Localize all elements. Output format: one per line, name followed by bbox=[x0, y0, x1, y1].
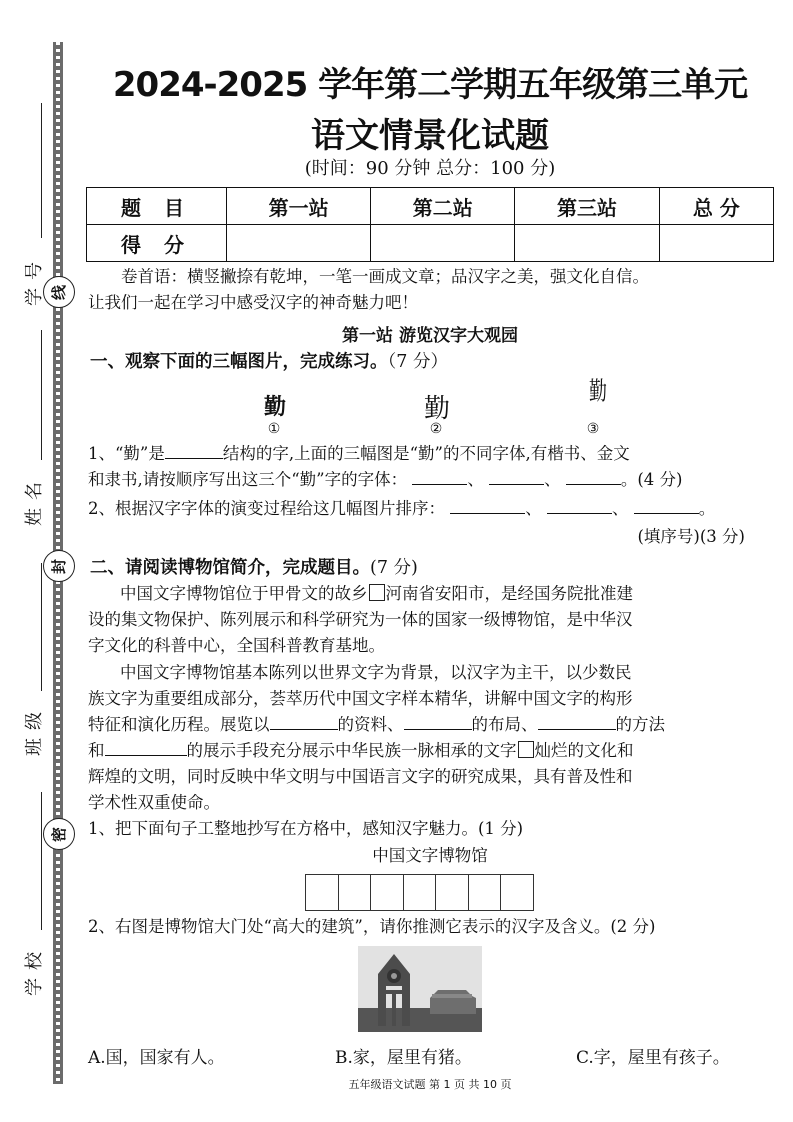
class-field[interactable] bbox=[41, 563, 42, 691]
museum-intro-p1-line2: 设的集文物保护、陈列展示和科学研究为一体的国家一级博物馆，是中华汉 bbox=[88, 607, 633, 633]
glyph-label-1: ① bbox=[262, 421, 286, 437]
seal-label: 密 bbox=[48, 826, 69, 841]
glyph-lishu: 勤 bbox=[417, 388, 457, 425]
answer-blank-layout[interactable] bbox=[404, 713, 472, 730]
column-header: 第一站 bbox=[227, 188, 371, 225]
station-title: 第一站 游览汉字大观园 bbox=[86, 321, 774, 346]
column-header: 总 分 bbox=[659, 188, 773, 225]
exam-time-info: (时间：90 分钟 总分：100 分) bbox=[86, 154, 774, 180]
score-cell[interactable] bbox=[515, 225, 659, 262]
score-table-header-row: 题 目 第一站 第二站 第三站 总 分 bbox=[87, 188, 774, 225]
grid-cell[interactable] bbox=[404, 875, 437, 910]
page-footer: 五年级语文试题 第 1 页 共 10 页 bbox=[86, 1076, 774, 1092]
column-header: 第三站 bbox=[515, 188, 659, 225]
answer-blank-font-2[interactable] bbox=[489, 468, 544, 485]
answer-blank-materials[interactable] bbox=[270, 713, 338, 730]
score-table-score-row: 得 分 bbox=[87, 225, 774, 262]
question-2-2: 2、右图是博物馆大门处“高大的建筑”，请你推测它表示的汉字及含义。(2 分) bbox=[88, 914, 656, 940]
museum-intro-p2-line1: 中国文字博物馆基本陈列以世界文字为背景，以汉字为主干，以少数民 bbox=[120, 660, 632, 686]
answer-blank-font-3[interactable] bbox=[566, 468, 621, 485]
question-1-2-note: (填序号)(3 分) bbox=[638, 524, 746, 550]
seal-feng: 封 bbox=[43, 550, 75, 582]
answer-blank-order-1[interactable] bbox=[450, 497, 525, 514]
preface-line: 卷首语：横竖撇捺有乾坤，一笔一画成文章；品汉字之美，强文化自信。 bbox=[88, 264, 748, 290]
glyph-label-2: ② bbox=[424, 421, 448, 437]
missing-punctuation-box[interactable] bbox=[369, 584, 385, 601]
score-cell[interactable] bbox=[227, 225, 371, 262]
student-id-field[interactable] bbox=[41, 103, 42, 238]
student-id-label: 学号 bbox=[20, 250, 46, 310]
museum-intro-p1-line3: 字文化的科普中心，全国科普教育基地。 bbox=[88, 633, 385, 659]
grid-cell[interactable] bbox=[306, 875, 339, 910]
question-1-1: 1、“勤”是结构的字,上面的三幅图是“勤”的不同字体,有楷书、金文 bbox=[88, 441, 630, 467]
row-header: 得 分 bbox=[87, 225, 227, 262]
question-1-2: 2、根据汉字字体的演变过程给这几幅图片排序： 、 、 。 bbox=[88, 496, 715, 522]
seal-label: 线 bbox=[48, 284, 69, 299]
museum-intro-p2-line4: 和的展示手段充分展示中华民族一脉相承的文字灿烂的文化和 bbox=[88, 738, 634, 764]
class-label: 班级 bbox=[20, 700, 46, 760]
grid-cell[interactable] bbox=[501, 875, 533, 910]
museum-gate-image bbox=[358, 946, 482, 1032]
answer-blank-order-2[interactable] bbox=[547, 497, 612, 514]
grid-cell[interactable] bbox=[469, 875, 502, 910]
glyph-kaishu: 勤 bbox=[255, 390, 295, 421]
name-field[interactable] bbox=[41, 330, 42, 460]
grid-cell[interactable] bbox=[339, 875, 372, 910]
preface: 卷首语：横竖撇捺有乾坤，一笔一画成文章；品汉字之美，强文化自信。 bbox=[88, 264, 748, 290]
copy-text: 中国文字博物馆 bbox=[86, 843, 774, 869]
museum-intro-p2-line3: 特征和演化历程。展览以的资料、的布局、的方法 bbox=[88, 712, 665, 738]
seal-label: 封 bbox=[48, 558, 69, 573]
question-1-1-line2: 和隶书,请按顺序写出这三个“勤”字的字体： 、 、 。(4 分) bbox=[88, 467, 683, 493]
answer-blank-font-1[interactable] bbox=[412, 468, 467, 485]
score-table: 题 目 第一站 第二站 第三站 总 分 得 分 bbox=[86, 187, 774, 262]
option-b[interactable]: B.家，屋里有猪。 bbox=[335, 1043, 472, 1068]
museum-intro-p2-line5: 辉煌的文明，同时反映中华文明与中国语言文字的研究成果，具有普及性和 bbox=[88, 764, 633, 790]
answer-blank-display[interactable] bbox=[105, 739, 187, 756]
answer-blank-structure[interactable] bbox=[165, 442, 223, 459]
missing-punctuation-box[interactable] bbox=[518, 741, 534, 758]
name-label: 姓名 bbox=[20, 470, 46, 530]
museum-intro-p1-line1: 中国文字博物馆位于甲骨文的故乡河南省安阳市，是经国务院批准建 bbox=[120, 581, 633, 607]
glyph-jinwen: 勤 bbox=[579, 377, 609, 397]
section-2-heading: 二、请阅读博物馆简介，完成题目。(7 分) bbox=[90, 554, 418, 579]
school-field[interactable] bbox=[41, 792, 42, 930]
museum-intro-p2-line6: 学术性双重使命。 bbox=[88, 790, 220, 816]
row-header: 题 目 bbox=[87, 188, 227, 225]
section-1-heading: 一、观察下面的三幅图片，完成练习。（7 分） bbox=[90, 348, 448, 373]
glyph-label-3: ③ bbox=[581, 421, 605, 437]
option-c[interactable]: C.字，屋里有孩子。 bbox=[576, 1043, 730, 1068]
answer-blank-order-3[interactable] bbox=[634, 497, 699, 514]
page-subtitle-title: 语文情景化试题 bbox=[86, 108, 774, 157]
grid-cell[interactable] bbox=[371, 875, 404, 910]
score-cell[interactable] bbox=[371, 225, 515, 262]
school-label: 学校 bbox=[20, 940, 46, 1000]
question-2-1: 1、把下面句子工整地抄写在方格中，感知汉字魅力。(1 分) bbox=[88, 816, 523, 842]
answer-blank-method[interactable] bbox=[538, 713, 616, 730]
score-cell[interactable] bbox=[659, 225, 773, 262]
column-header: 第二站 bbox=[371, 188, 515, 225]
preface-line-2: 让我们一起在学习中感受汉字的神奇魅力吧！ bbox=[88, 290, 748, 316]
option-a[interactable]: A.国，国家有人。 bbox=[88, 1043, 225, 1068]
grid-cell[interactable] bbox=[436, 875, 469, 910]
seal-xian: 线 bbox=[43, 276, 75, 308]
museum-gate-photo bbox=[358, 946, 482, 1032]
writing-grid[interactable] bbox=[305, 874, 534, 911]
page-title: 2024-2025 学年第二学期五年级第三单元 bbox=[86, 57, 774, 106]
seal-mi: 密 bbox=[43, 818, 75, 850]
museum-intro-p2-line2: 族文字为重要组成部分，荟萃历代中国文字样本精华，讲解中国文字的构形 bbox=[88, 686, 633, 712]
